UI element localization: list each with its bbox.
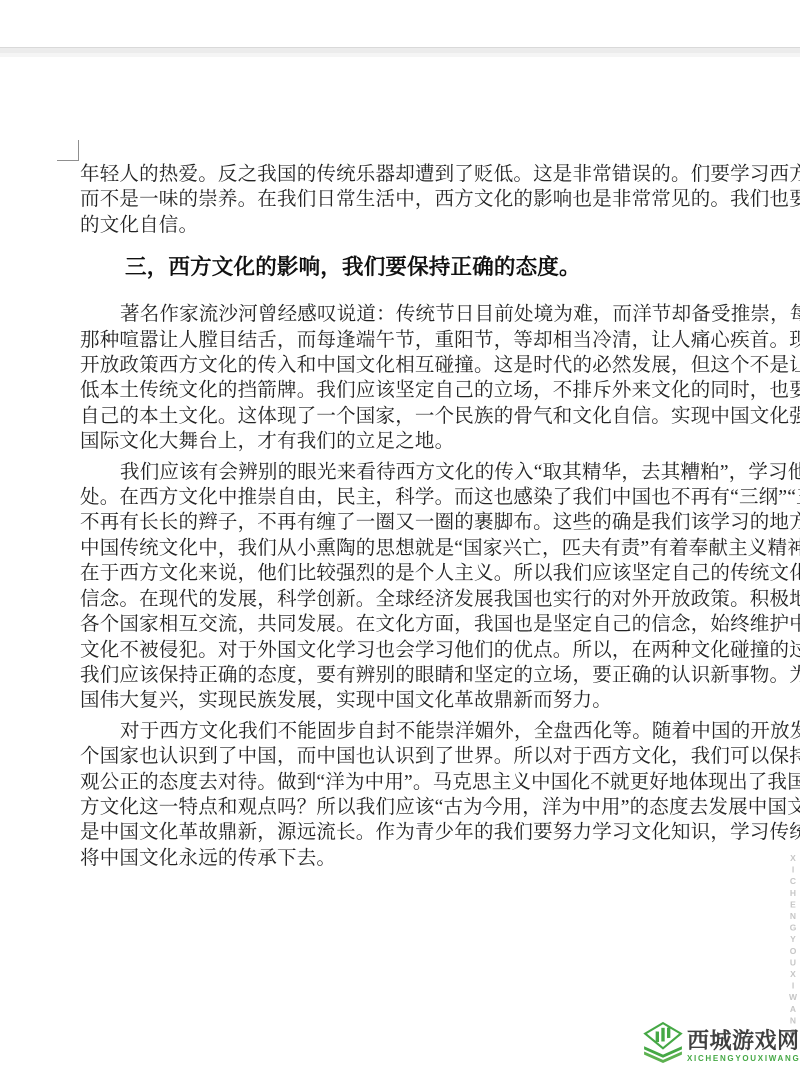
text-line: 将中国文化永远的传承下去。 (80, 846, 800, 871)
text-line: 是中国文化革故鼎新，源远流长。作为青少年的我们要努力学习文化知识，学习传统文化， (80, 820, 800, 845)
text-line: 对于西方文化我们不能固步自封不能崇洋媚外，全盘西化等。随着中国的开放发展，各 (80, 719, 800, 744)
vertical-watermark-text: XICHENGYOUXIWANG (788, 853, 798, 1039)
text-line: 在于西方文化来说，他们比较强烈的是个人主义。所以我们应该坚定自己的传统文化和文化 (80, 561, 800, 586)
brand-diamond-icon (642, 1021, 684, 1063)
text-line: 中国传统文化中，我们从小熏陶的思想就是“国家兴亡，匹夫有责”有着奉献主义精神，而 (80, 536, 800, 561)
text-line: 处。在西方文化中推崇自由，民主，科学。而这也感染了我们中国也不再有“三纲”“五常… (80, 485, 800, 510)
text-line: 年轻人的热爱。反之我国的传统乐器却遭到了贬低。这是非常错误的。们要学习西方文化， (80, 162, 800, 187)
paragraph: 对于西方文化我们不能固步自封不能崇洋媚外，全盘西化等。随着中国的开放发展，各个国… (80, 719, 800, 871)
text-line: 我们应该保持正确的态度，要有辨别的眼睛和坚定的立场，要正确的认识新事物。为实现中 (80, 663, 800, 688)
heading-text: 三，西方文化的影响，我们要保持正确的态度。 (80, 252, 800, 282)
site-watermark: 西城游戏网 XICHENGYOUXIWANG (642, 1021, 800, 1066)
text-line: 信念。在现代的发展，科学创新。全球经济发展我国也实行的对外开放政策。积极地与全球 (80, 587, 800, 612)
brand-name-cn: 西城游戏网 (687, 1027, 800, 1054)
text-line: 开放政策西方文化的传入和中国文化相互碰撞。这是时代的必然发展，但这个不是让我们贬 (80, 353, 800, 378)
paragraph: 我们应该有会辨别的眼光来看待西方文化的传入“取其精华，去其糟粕”，学习他们的长处… (80, 460, 800, 714)
paragraph: 年轻人的热爱。反之我国的传统乐器却遭到了贬低。这是非常错误的。们要学习西方文化，… (80, 162, 800, 238)
text-line: 文化不被侵犯。对于外国文化学习也会学习他们的优点。所以，在两种文化碰撞的过程中， (80, 638, 800, 663)
text-line: 自己的本土文化。这体现了一个国家，一个民族的骨气和文化自信。实现中国文化强国。在 (80, 404, 800, 429)
section-heading: 三，西方文化的影响，我们要保持正确的态度。 (80, 252, 800, 282)
paragraph: 著名作家流沙河曾经感叹说道：传统节日目前处境为难，而洋节却备受推崇，每逢阳节那种… (80, 302, 800, 454)
page-margin-corner-mark (57, 140, 79, 161)
text-line: 国际文化大舞台上，才有我们的立足之地。 (80, 429, 800, 454)
text-line: 各个国家相互交流，共同发展。在文化方面，我国也是坚定自己的信念，始终维护中国本土 (80, 612, 800, 637)
text-line: 观公正的态度去对待。做到“洋为中用”。马克思主义中国化不就更好地体现出了我国学习… (80, 770, 800, 795)
text-line: 我们应该有会辨别的眼光来看待西方文化的传入“取其精华，去其糟粕”，学习他们的长 (80, 460, 800, 485)
top-divider-band (0, 47, 800, 57)
text-line: 不再有长长的辫子，不再有缠了一圈又一圈的裹脚布。这些的确是我们该学习的地方。而在 (80, 510, 800, 535)
brand-text-group: 西城游戏网 XICHENGYOUXIWANG (687, 1021, 800, 1064)
text-line: 那种喧嚣让人膛目结舌，而每逢端午节，重阳节，等却相当冷清，让人痛心疾首。现在对外 (80, 328, 800, 353)
text-line: 低本土传统文化的挡箭牌。我们应该坚定自己的立场，不排斥外来文化的同时，也要保护好 (80, 378, 800, 403)
document-body[interactable]: 年轻人的热爱。反之我国的传统乐器却遭到了贬低。这是非常错误的。们要学习西方文化，… (80, 162, 800, 876)
text-line: 著名作家流沙河曾经感叹说道：传统节日目前处境为难，而洋节却备受推崇，每逢阳节 (80, 302, 800, 327)
text-line: 而不是一味的崇养。在我们日常生活中，西方文化的影响也是非常常见的。我们也要有坚定 (80, 187, 800, 212)
text-line: 国伟大复兴，实现民族发展，实现中国文化革故鼎新而努力。 (80, 688, 800, 713)
text-line: 的文化自信。 (80, 213, 800, 238)
text-line: 个国家也认识到了中国，而中国也认识到了世界。所以对于西方文化，我们可以保持一种客 (80, 744, 800, 769)
text-line: 方文化这一特点和观点吗？所以我们应该“古为今用，洋为中用”的态度去发展中国文化。 (80, 795, 800, 820)
brand-name-latin: XICHENGYOUXIWANG (687, 1054, 800, 1064)
